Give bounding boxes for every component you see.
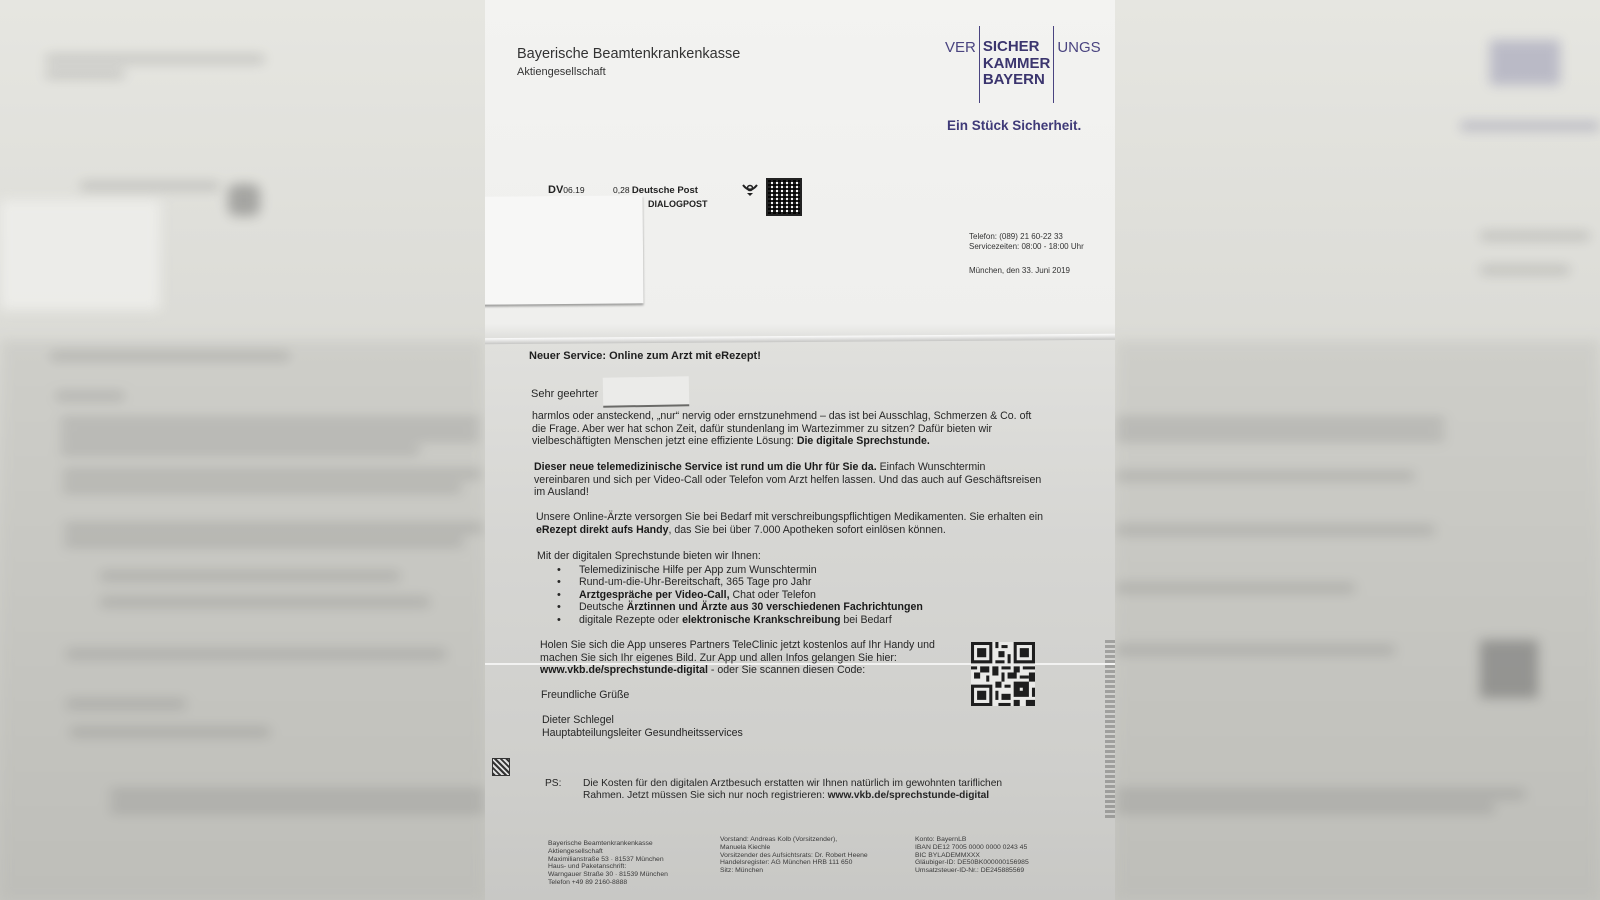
- paragraph-app: Holen Sie sich die App unseres Partners …: [540, 639, 940, 677]
- footer-address: Bayerische Beamtenkrankenkasse Aktienges…: [548, 840, 668, 887]
- benefits-intro: Mit der digitalen Sprechstunde bieten wi…: [537, 550, 1047, 563]
- franking-service: DIALOGPOST: [648, 199, 708, 209]
- sender-legal-form: Aktiengesellschaft: [517, 66, 740, 78]
- letter-date: München, den 33. Juni 2019: [969, 266, 1070, 275]
- ps-label: PS:: [545, 778, 561, 789]
- list-item: Deutsche Ärztinnen und Ärzte aus 30 vers…: [537, 601, 1047, 614]
- franking-price: 0,28 Deutsche Post: [613, 185, 698, 196]
- address-redaction: [485, 195, 643, 304]
- letter-page: Bayerische Beamtenkrankenkasse Aktienges…: [485, 0, 1115, 900]
- benefits-list: Telemedizinische Hilfe per App zum Wunsc…: [537, 564, 1047, 627]
- post-horn-icon: [742, 182, 758, 196]
- list-item: digitale Rezepte oder elektronische Kran…: [537, 614, 1047, 627]
- franking-code: DV: [548, 184, 563, 196]
- tagline: Ein Stück Sicherheit.: [947, 118, 1081, 133]
- list-item: Telemedizinische Hilfe per App zum Wunsc…: [537, 564, 1047, 577]
- logo-middle: SICHER KAMMER BAYERN: [979, 26, 1055, 103]
- logo-line-2: KAMMER: [983, 56, 1051, 73]
- logo-line-1: SICHER: [983, 39, 1051, 56]
- service-hours: Servicezeiten: 08:00 - 18:00 Uhr: [969, 242, 1084, 252]
- app-link[interactable]: www.vkb.de/sprechstunde-digital: [540, 664, 708, 676]
- footer-bank: Konto: BayernLB IBAN DE12 7005 0000 0000…: [915, 836, 1029, 875]
- franking-date: 06.19: [563, 185, 584, 195]
- versicherungskammer-logo: VER SICHER KAMMER BAYERN UNGS: [945, 26, 1101, 103]
- datamatrix-code: [766, 178, 802, 216]
- signer-title: Hauptabteilungsleiter Gesundheitsservice…: [542, 727, 1052, 740]
- blurred-background-right: [1115, 0, 1600, 900]
- paragraph-benefits: Mit der digitalen Sprechstunde bieten wi…: [537, 550, 1047, 627]
- sender-name: Bayerische Beamtenkrankenkasse: [517, 46, 740, 62]
- sender-block: Bayerische Beamtenkrankenkasse Aktienges…: [517, 46, 740, 78]
- signature-block: Dieter Schlegel Hauptabteilungsleiter Ge…: [542, 714, 1052, 739]
- closing: Freundliche Grüße: [541, 689, 1051, 702]
- recipient-name-redaction: [603, 376, 690, 407]
- logo-ungs: UNGS: [1054, 26, 1100, 56]
- logo-line-3: BAYERN: [983, 72, 1051, 89]
- letter-subject: Neuer Service: Online zum Arzt mit eReze…: [529, 350, 761, 362]
- salutation: Sehr geehrter: [531, 388, 598, 400]
- blurred-background-left: [0, 0, 485, 900]
- phone-number: Telefon: (089) 21 60-22 33: [969, 232, 1084, 242]
- paper-fold: [485, 334, 1115, 344]
- list-item: Arztgespräche per Video-Call, Chat oder …: [537, 589, 1047, 602]
- signer-name: Dieter Schlegel: [542, 714, 1052, 727]
- paragraph-intro: harmlos oder ansteckend, „nur“ nervig od…: [532, 410, 1042, 448]
- ps-link[interactable]: www.vkb.de/sprechstunde-digital: [828, 790, 990, 801]
- paragraph-service: Dieser neue telemedizinische Service ist…: [534, 461, 1044, 499]
- logo-ver: VER: [945, 26, 979, 56]
- ps-text: Die Kosten für den digitalen Arztbesuch …: [583, 778, 1043, 803]
- paragraph-erezept: Unsere Online-Ärzte versorgen Sie bei Be…: [536, 511, 1046, 536]
- small-datamatrix-code: [492, 758, 510, 776]
- contact-info: Telefon: (089) 21 60-22 33 Servicezeiten…: [969, 232, 1084, 251]
- vertical-print-code: [1105, 640, 1115, 820]
- list-item: Rund-um-die-Uhr-Bereitschaft, 365 Tage p…: [537, 576, 1047, 589]
- postage-franking: DV06.19 0,28 Deutsche Post DIALOGPOST: [548, 184, 585, 196]
- footer-board: Vorstand: Andreas Kolb (Vorsitzender), M…: [720, 836, 868, 875]
